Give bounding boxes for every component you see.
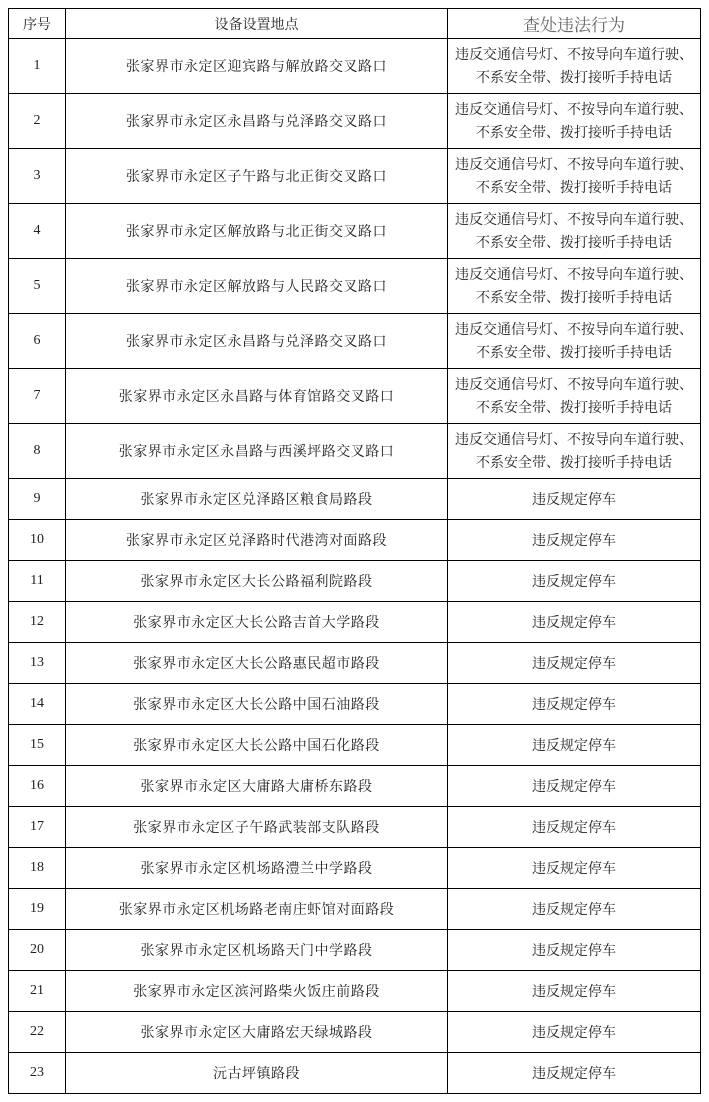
table-row: 7 张家界市永定区永昌路与体育馆路交叉路口 违反交通信号灯、不按导向车道行驶、不…: [9, 369, 701, 424]
cell-device-location: 张家界市永定区解放路与北正街交叉路口: [66, 204, 448, 259]
table-row: 19 张家界市永定区机场路老南庄虾馆对面路段 违反规定停车: [9, 889, 701, 930]
cell-serial-number: 17: [9, 807, 66, 848]
cell-serial-number: 6: [9, 314, 66, 369]
cell-device-location: 张家界市永定区永昌路与兑泽路交叉路口: [66, 94, 448, 149]
cell-violation-type: 违反交通信号灯、不按导向车道行驶、不系安全带、拨打接听手持电话: [448, 314, 701, 369]
header-serial-number: 序号: [9, 9, 66, 39]
cell-device-location: 张家界市永定区解放路与人民路交叉路口: [66, 259, 448, 314]
table-row: 9 张家界市永定区兑泽路区粮食局路段 违反规定停车: [9, 479, 701, 520]
cell-violation-type: 违反规定停车: [448, 725, 701, 766]
table-row: 13 张家界市永定区大长公路惠民超市路段 违反规定停车: [9, 643, 701, 684]
cell-violation-type: 违反规定停车: [448, 807, 701, 848]
table-row: 10 张家界市永定区兑泽路时代港湾对面路段 违反规定停车: [9, 520, 701, 561]
cell-serial-number: 9: [9, 479, 66, 520]
table-row: 5 张家界市永定区解放路与人民路交叉路口 违反交通信号灯、不按导向车道行驶、不系…: [9, 259, 701, 314]
table-row: 16 张家界市永定区大庸路大庸桥东路段 违反规定停车: [9, 766, 701, 807]
cell-violation-type: 违反规定停车: [448, 643, 701, 684]
cell-violation-type: 违反规定停车: [448, 561, 701, 602]
table-row: 20 张家界市永定区机场路天门中学路段 违反规定停车: [9, 930, 701, 971]
cell-violation-type: 违反规定停车: [448, 1012, 701, 1053]
cell-device-location: 张家界市永定区大长公路中国石化路段: [66, 725, 448, 766]
cell-device-location: 张家界市永定区子午路与北正街交叉路口: [66, 149, 448, 204]
cell-device-location: 张家界市永定区迎宾路与解放路交叉路口: [66, 39, 448, 94]
cell-device-location: 张家界市永定区机场路老南庄虾馆对面路段: [66, 889, 448, 930]
table-row: 14 张家界市永定区大长公路中国石油路段 违反规定停车: [9, 684, 701, 725]
table-row: 8 张家界市永定区永昌路与西溪坪路交叉路口 违反交通信号灯、不按导向车道行驶、不…: [9, 424, 701, 479]
header-row: 序号 设备设置地点 查处违法行为: [9, 9, 701, 39]
document-page: 序号 设备设置地点 查处违法行为 1 张家界市永定区迎宾路与解放路交叉路口 违反…: [0, 0, 709, 1102]
table-row: 21 张家界市永定区滨河路柴火饭庄前路段 违反规定停车: [9, 971, 701, 1012]
cell-device-location: 张家界市永定区机场路澧兰中学路段: [66, 848, 448, 889]
cell-serial-number: 1: [9, 39, 66, 94]
cell-violation-type: 违反规定停车: [448, 971, 701, 1012]
cell-violation-type: 违反交通信号灯、不按导向车道行驶、不系安全带、拨打接听手持电话: [448, 39, 701, 94]
cell-serial-number: 23: [9, 1053, 66, 1094]
cell-violation-type: 违反交通信号灯、不按导向车道行驶、不系安全带、拨打接听手持电话: [448, 149, 701, 204]
cell-violation-type: 违反规定停车: [448, 520, 701, 561]
cell-serial-number: 4: [9, 204, 66, 259]
cell-serial-number: 20: [9, 930, 66, 971]
table-row: 11 张家界市永定区大长公路福利院路段 违反规定停车: [9, 561, 701, 602]
cell-violation-type: 违反规定停车: [448, 684, 701, 725]
table-row: 15 张家界市永定区大长公路中国石化路段 违反规定停车: [9, 725, 701, 766]
cell-device-location: 张家界市永定区大长公路中国石油路段: [66, 684, 448, 725]
table-row: 17 张家界市永定区子午路武装部支队路段 违反规定停车: [9, 807, 701, 848]
cell-device-location: 张家界市永定区大庸路大庸桥东路段: [66, 766, 448, 807]
cell-serial-number: 2: [9, 94, 66, 149]
cell-violation-type: 违反交通信号灯、不按导向车道行驶、不系安全带、拨打接听手持电话: [448, 259, 701, 314]
cell-serial-number: 8: [9, 424, 66, 479]
table-row: 22 张家界市永定区大庸路宏天绿城路段 违反规定停车: [9, 1012, 701, 1053]
header-device-location: 设备设置地点: [66, 9, 448, 39]
cell-device-location: 张家界市永定区大长公路惠民超市路段: [66, 643, 448, 684]
cell-device-location: 张家界市永定区子午路武装部支队路段: [66, 807, 448, 848]
cell-serial-number: 16: [9, 766, 66, 807]
cell-device-location: 张家界市永定区机场路天门中学路段: [66, 930, 448, 971]
table-row: 2 张家界市永定区永昌路与兑泽路交叉路口 违反交通信号灯、不按导向车道行驶、不系…: [9, 94, 701, 149]
cell-serial-number: 15: [9, 725, 66, 766]
table-row: 1 张家界市永定区迎宾路与解放路交叉路口 违反交通信号灯、不按导向车道行驶、不系…: [9, 39, 701, 94]
table-row: 6 张家界市永定区永昌路与兑泽路交叉路口 违反交通信号灯、不按导向车道行驶、不系…: [9, 314, 701, 369]
cell-violation-type: 违反交通信号灯、不按导向车道行驶、不系安全带、拨打接听手持电话: [448, 204, 701, 259]
cell-violation-type: 违反规定停车: [448, 930, 701, 971]
cell-device-location: 张家界市永定区永昌路与兑泽路交叉路口: [66, 314, 448, 369]
table-row: 12 张家界市永定区大长公路吉首大学路段 违反规定停车: [9, 602, 701, 643]
table-body: 1 张家界市永定区迎宾路与解放路交叉路口 违反交通信号灯、不按导向车道行驶、不系…: [9, 39, 701, 1094]
cell-serial-number: 11: [9, 561, 66, 602]
table-row: 3 张家界市永定区子午路与北正街交叉路口 违反交通信号灯、不按导向车道行驶、不系…: [9, 149, 701, 204]
cell-violation-type: 违反规定停车: [448, 602, 701, 643]
cell-device-location: 张家界市永定区大庸路宏天绿城路段: [66, 1012, 448, 1053]
cell-violation-type: 违反规定停车: [448, 848, 701, 889]
table-row: 23 沅古坪镇路段 违反规定停车: [9, 1053, 701, 1094]
table-row: 18 张家界市永定区机场路澧兰中学路段 违反规定停车: [9, 848, 701, 889]
cell-serial-number: 3: [9, 149, 66, 204]
cell-serial-number: 7: [9, 369, 66, 424]
cell-device-location: 张家界市永定区滨河路柴火饭庄前路段: [66, 971, 448, 1012]
cell-serial-number: 19: [9, 889, 66, 930]
cell-serial-number: 13: [9, 643, 66, 684]
cell-violation-type: 违反交通信号灯、不按导向车道行驶、不系安全带、拨打接听手持电话: [448, 94, 701, 149]
cell-device-location: 张家界市永定区永昌路与体育馆路交叉路口: [66, 369, 448, 424]
cell-device-location: 沅古坪镇路段: [66, 1053, 448, 1094]
cell-violation-type: 违反规定停车: [448, 889, 701, 930]
cell-device-location: 张家界市永定区兑泽路区粮食局路段: [66, 479, 448, 520]
cell-serial-number: 18: [9, 848, 66, 889]
cell-violation-type: 违反规定停车: [448, 479, 701, 520]
header-violation-type: 查处违法行为: [448, 9, 701, 39]
cell-serial-number: 21: [9, 971, 66, 1012]
cell-violation-type: 违反交通信号灯、不按导向车道行驶、不系安全带、拨打接听手持电话: [448, 424, 701, 479]
cell-violation-type: 违反交通信号灯、不按导向车道行驶、不系安全带、拨打接听手持电话: [448, 369, 701, 424]
cell-violation-type: 违反规定停车: [448, 766, 701, 807]
enforcement-devices-table: 序号 设备设置地点 查处违法行为 1 张家界市永定区迎宾路与解放路交叉路口 违反…: [8, 8, 701, 1094]
cell-violation-type: 违反规定停车: [448, 1053, 701, 1094]
cell-serial-number: 12: [9, 602, 66, 643]
cell-serial-number: 22: [9, 1012, 66, 1053]
cell-device-location: 张家界市永定区大长公路吉首大学路段: [66, 602, 448, 643]
cell-serial-number: 10: [9, 520, 66, 561]
cell-serial-number: 14: [9, 684, 66, 725]
cell-device-location: 张家界市永定区兑泽路时代港湾对面路段: [66, 520, 448, 561]
cell-device-location: 张家界市永定区永昌路与西溪坪路交叉路口: [66, 424, 448, 479]
cell-serial-number: 5: [9, 259, 66, 314]
table-row: 4 张家界市永定区解放路与北正街交叉路口 违反交通信号灯、不按导向车道行驶、不系…: [9, 204, 701, 259]
cell-device-location: 张家界市永定区大长公路福利院路段: [66, 561, 448, 602]
